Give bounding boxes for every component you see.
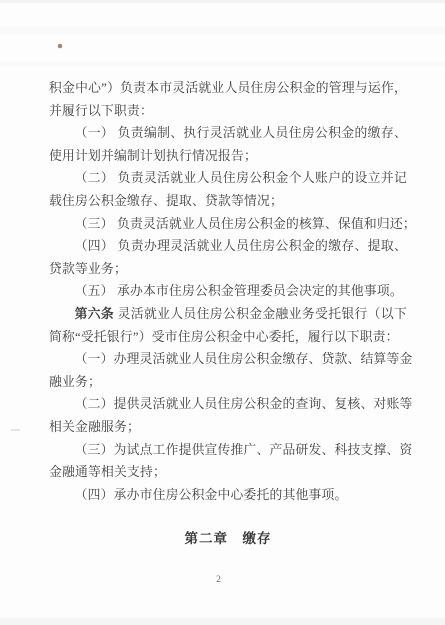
scan-band — [0, 62, 445, 66]
scan-artifact-dash — [11, 429, 20, 431]
text-line: 使用计划并编制计划执行情况报告； — [49, 145, 407, 168]
scan-artifact-dot — [58, 44, 62, 48]
text-line: （四） 负责办理灵活就业人员住房公积金的缴存、提取、 — [49, 235, 407, 258]
text-line: （五） 承办本市住房公积金管理委员会决定的其他事项。 — [49, 280, 407, 303]
text-line: 贷款等业务； — [49, 258, 407, 281]
page-number: 2 — [0, 575, 437, 585]
text-line: 第六条 灵活就业人员住房公积金金融业务受托银行（以下 — [49, 303, 407, 326]
text-line: 载住房公积金缴存、提取、贷款等情况； — [49, 190, 407, 213]
text-line: 积金中心”）负责本市灵活就业人员住房公积金的管理与运作， — [49, 77, 407, 100]
text-line: 金融通等相关支持； — [49, 461, 407, 484]
scan-band — [0, 26, 445, 34]
text-line: 并履行以下职责： — [49, 100, 407, 123]
text-line: （三） 负责灵活就业人员住房公积金的核算、保值和归还； — [49, 213, 407, 236]
text-line: （四）承办市住房公积金中心委托的其他事项。 — [49, 484, 407, 507]
scan-band — [0, 0, 445, 3]
chapter-heading: 第二章 缴存 — [49, 527, 407, 547]
text-line: 融业务； — [49, 371, 407, 394]
document-page: 积金中心”）负责本市灵活就业人员住房公积金的管理与运作，并履行以下职责：（一） … — [0, 0, 445, 625]
text-line: （二）提供灵活就业人员住房公积金的查询、复核、对账等 — [49, 393, 407, 416]
text-line: 简称“受托银行”）受市住房公积金中心委托，履行以下职责： — [49, 326, 407, 349]
scan-band — [0, 618, 445, 625]
text-line: （一）办理灵活就业人员住房公积金缴存、贷款、结算等金 — [49, 348, 407, 371]
document-body: 积金中心”）负责本市灵活就业人员住房公积金的管理与运作，并履行以下职责：（一） … — [49, 77, 407, 506]
text-line: 相关金融服务； — [49, 416, 407, 439]
article-number-bold: 第六条 — [75, 307, 114, 321]
text-line: （三）为试点工作提供宣传推广、产品研发、科技支撑、资 — [49, 439, 407, 462]
text-line: （一） 负责编制、执行灵活就业人员住房公积金的缴存、 — [49, 122, 407, 145]
text-line: （二） 负责灵活就业人员住房公积金个人账户的设立并记 — [49, 167, 407, 190]
